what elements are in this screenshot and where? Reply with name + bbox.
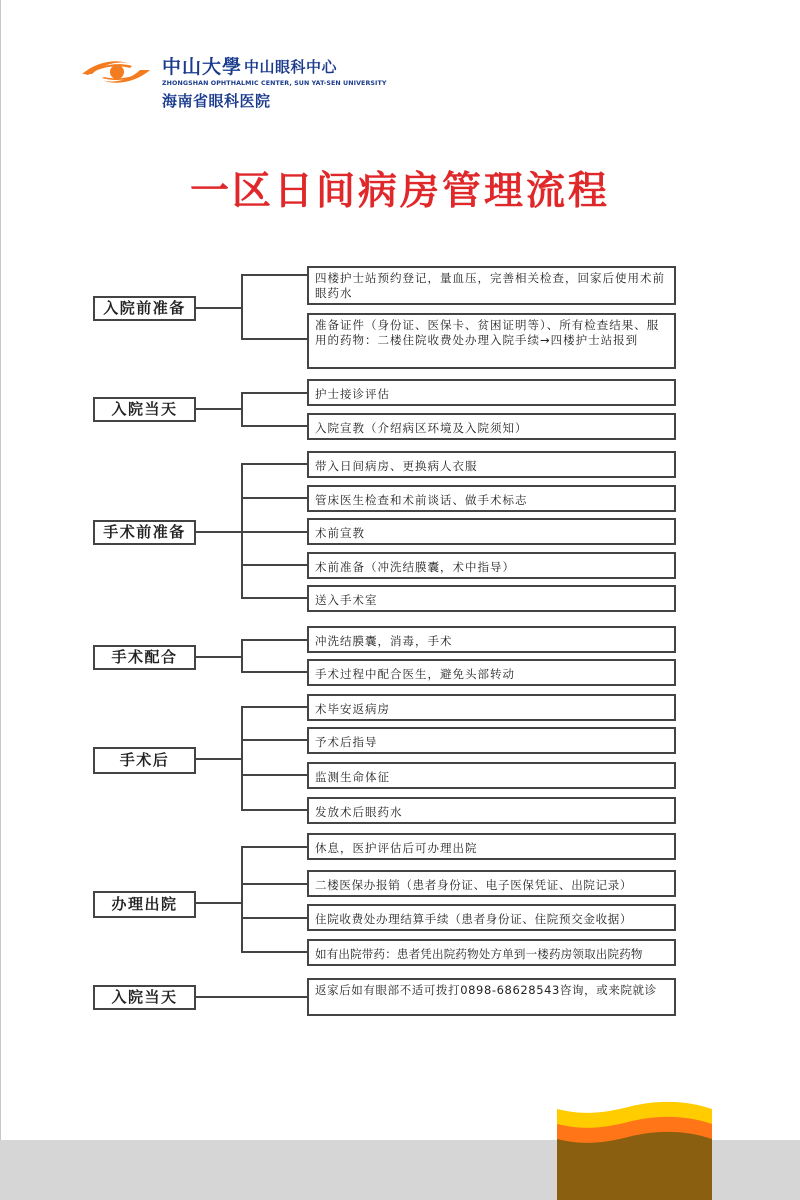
connector-line [241,639,243,673]
connector-line [196,996,308,998]
step-box: 术毕安返病房 [307,694,676,721]
logo-hospital-name: 海南省眼科医院 [162,90,271,111]
step-box: 入院宣教（介绍病区环境及入院须知） [307,413,676,440]
step-box: 发放术后眼药水 [307,797,676,824]
connector-line [241,497,307,499]
connector-line [241,274,307,276]
connector-line [241,706,243,811]
wave-decoration-icon [557,1100,712,1200]
step-box: 休息，医护评估后可办理出院 [307,833,676,860]
logo-university-name: 中山大學 [162,52,242,79]
connector-line [241,809,307,811]
connector-line [241,774,307,776]
connector-line [241,338,307,340]
step-box: 如有出院带药：患者凭出院药物处方单到一楼药房领取出院药物 [307,939,676,966]
step-box: 返家后如有眼部不适可拨打0898-68628543咨询，或来院就诊 [307,978,676,1016]
stage-box: 入院当天 [93,985,196,1010]
connector-line [241,597,307,599]
stage-box: 办理出院 [93,891,196,918]
connector-line [241,639,307,641]
connector-line [241,274,243,340]
stage-box: 入院当天 [93,397,196,422]
stage-box: 入院前准备 [93,296,196,321]
step-box: 带入日间病房、更换病人衣服 [307,451,676,478]
connector-line [196,307,242,309]
connector-line [241,671,307,673]
step-box: 予术后指导 [307,727,676,754]
connector-line [241,463,243,599]
connector-line [196,758,242,760]
step-box: 送入手术室 [307,585,676,612]
eye-logo-icon [80,54,152,90]
step-box: 冲洗结膜囊，消毒，手术 [307,626,676,653]
step-box: 四楼护士站预约登记，量血压，完善相关检查，回家后使用术前眼药水 [307,266,676,305]
connector-line [241,392,307,394]
connector-line [196,656,242,658]
connector-line [241,564,307,566]
connector-line [241,739,307,741]
logo-center-name: 中山眼科中心 [244,56,337,77]
connector-line [241,951,307,953]
connector-line [241,917,307,919]
step-box: 手术过程中配合医生，避免头部转动 [307,659,676,686]
step-box: 准备证件（身份证、医保卡、贫困证明等）、所有检查结果、服用的药物：二楼住院收费处… [307,313,676,369]
step-box: 住院收费处办理结算手续（患者身份证、住院预交金收据） [307,904,676,931]
page-title: 一区日间病房管理流程 [0,160,800,216]
connector-line [241,392,243,427]
logo-english-name: ZHONGSHAN OPHTHALMIC CENTER, SUN YAT-SEN… [162,80,387,87]
hospital-logo: 中山大學 中山眼科中心 ZHONGSHAN OPHTHALMIC CENTER,… [80,50,380,115]
stage-box: 手术配合 [93,645,196,670]
step-box: 监测生命体征 [307,762,676,789]
stage-box: 手术前准备 [93,520,196,545]
connector-line [241,883,307,885]
connector-line [196,408,242,410]
connector-line [241,706,307,708]
connector-line [241,463,307,465]
step-box: 管床医生检查和术前谈话、做手术标志 [307,485,676,512]
step-box: 术前宣教 [307,518,676,545]
stage-box: 手术后 [93,747,196,774]
connector-line [196,531,308,533]
connector-line [241,425,307,427]
connector-line [241,846,307,848]
connector-line [196,902,242,904]
step-box: 护士接诊评估 [307,379,676,406]
step-box: 二楼医保办报销（患者身份证、电子医保凭证、出院记录） [307,870,676,897]
step-box: 术前准备（冲洗结膜囊，术中指导） [307,552,676,579]
connector-line [241,846,243,953]
